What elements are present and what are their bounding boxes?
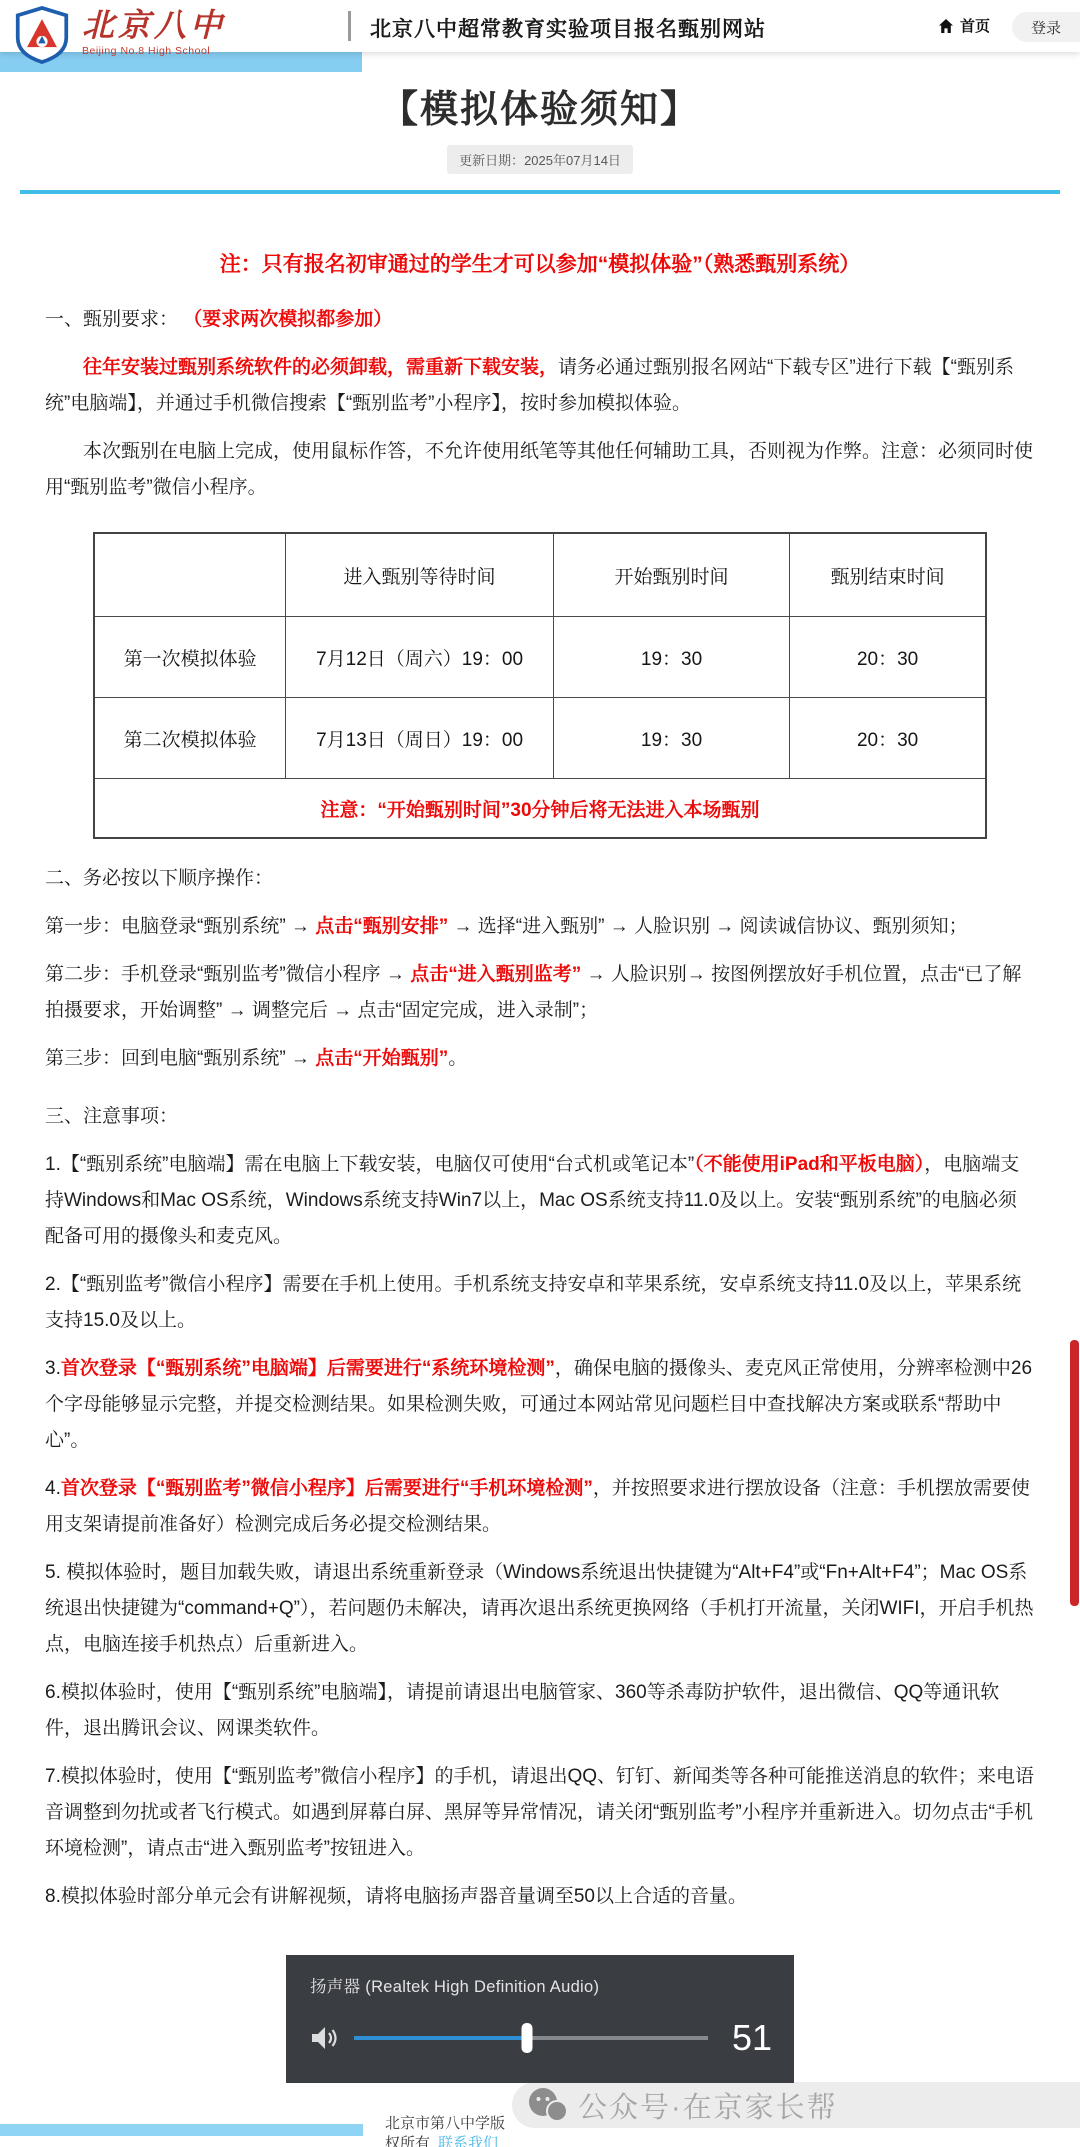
wechat-logo-icon: [526, 2085, 568, 2125]
blocks-bottom: 二、务必按以下顺序操作：第一步：电脑登录“甄别系统” → 点击“甄别安排” → …: [45, 861, 1035, 1915]
text-run: 3.: [45, 1358, 61, 1379]
section-2-heading: 二、务必按以下顺序操作：: [45, 861, 1035, 897]
update-date-wrap: 更新日期：2025年07月14日: [0, 145, 1080, 174]
table-header-cell: 甄别结束时间: [790, 533, 986, 617]
text-run: 首次登录【“甄别监考”微信小程序】后需要进行“手机环境检测”: [61, 1478, 593, 1499]
copyright-line-2: 权所有联系我们: [385, 2134, 505, 2147]
text-run: 点击“开始甄别”: [315, 1048, 448, 1069]
para-computer-only: 本次甄别在电脑上完成，使用鼠标作答，不允许使用纸笔等其他任何辅助工具，否则视为作…: [45, 434, 1035, 506]
article: 【模拟体验须知】 更新日期：2025年07月14日 注：只有报名初审通过的学生才…: [0, 78, 1080, 2083]
text-run: 5. 模拟体验时，题目加载失败，请退出系统重新登录（Windows系统退出快捷键…: [45, 1562, 1034, 1655]
header-divider: [348, 11, 351, 41]
note-4: 4.首次登录【“甄别监考”微信小程序】后需要进行“手机环境检测”，并按照要求进行…: [45, 1471, 1035, 1543]
volume-slider[interactable]: [354, 2036, 708, 2040]
text-run: 一、甄别要求：: [45, 309, 183, 330]
text-run: 8.模拟体验时部分单元会有讲解视频，请将电脑扬声器音量调至50以上合适的音量。: [45, 1886, 747, 1907]
note-1: 1.【“甄别系统”电脑端】需在电脑上下载安装，电脑仅可使用“台式机或笔记本”（不…: [45, 1147, 1035, 1255]
login-button[interactable]: 登录: [1012, 12, 1080, 42]
table-row: 第一次模拟体验7月12日（周六）19：0019：3020：30: [94, 617, 986, 698]
watermark-pill: 公众号·在京家长帮: [512, 2082, 1080, 2128]
copyright-line-1: 北京市第八中学版: [385, 2114, 505, 2134]
text-run: 首次登录【“甄别系统”电脑端】后需要进行“系统环境检测”: [61, 1358, 555, 1379]
table-header-cell: [94, 533, 286, 617]
para-reinstall: 往年安装过甄别系统软件的必须卸载，需重新下载安装，请务必通过甄别报名网站“下载专…: [45, 350, 1035, 422]
step-1: 第一步：电脑登录“甄别系统” → 点击“甄别安排” → 选择“进入甄别” → 人…: [45, 909, 1035, 945]
table-cell: 7月12日（周六）19：00: [286, 617, 554, 698]
note-5: 5. 模拟体验时，题目加载失败，请退出系统重新登录（Windows系统退出快捷键…: [45, 1555, 1035, 1663]
text-run: 7.模拟体验时，使用【“甄别监考”微信小程序】的手机，请退出QQ、钉钉、新闻类等…: [45, 1766, 1034, 1859]
top-header: 北京八中 Beijing No.8 High School 北京八中超常教育实验…: [0, 0, 1080, 52]
text-run: 1.【“甄别系统”电脑端】需在电脑上下载安装，电脑仅可使用“台式机或笔记本”: [45, 1154, 694, 1175]
text-run: 第二步：手机登录“甄别监考”微信小程序 →: [45, 964, 410, 985]
text-run: 2.【“甄别监考”微信小程序】需要在手机上使用。手机系统支持安卓和苹果系统，安卓…: [45, 1274, 1021, 1331]
copyright-line-2-text: 权所有: [385, 2135, 430, 2147]
section-3-heading: 三、注意事项：: [45, 1099, 1035, 1135]
text-run: 三、注意事项：: [45, 1106, 178, 1127]
text-run: 6.模拟体验时，使用【“甄别系统”电脑端】，请提前请退出电脑管家、360等杀毒防…: [45, 1682, 999, 1739]
note-8: 8.模拟体验时部分单元会有讲解视频，请将电脑扬声器音量调至50以上合适的音量。: [45, 1879, 1035, 1915]
note-7: 7.模拟体验时，使用【“甄别监考”微信小程序】的手机，请退出QQ、钉钉、新闻类等…: [45, 1759, 1035, 1867]
text-run: 点击“进入甄别监考”: [410, 964, 581, 985]
logo-texts: 北京八中 Beijing No.8 High School: [82, 6, 226, 57]
cyan-divider: [20, 190, 1060, 194]
text-run: （要求两次模拟都参加）: [183, 309, 392, 330]
blocks-top: 一、甄别要求： （要求两次模拟都参加）往年安装过甄别系统软件的必须卸载，需重新下…: [45, 302, 1035, 506]
section-1-heading: 一、甄别要求： （要求两次模拟都参加）: [45, 302, 1035, 338]
step-2: 第二步：手机登录“甄别监考”微信小程序 → 点击“进入甄别监考” → 人脸识别→…: [45, 957, 1035, 1029]
nav-home[interactable]: 首页: [938, 15, 990, 36]
table-row: 第二次模拟体验7月13日（周日）19：0019：3020：30: [94, 698, 986, 779]
logo-en-text: Beijing No.8 High School: [82, 45, 226, 57]
nav-home-label: 首页: [960, 15, 990, 36]
table-note: 注意：“开始甄别时间”30分钟后将无法进入本场甄别: [94, 779, 986, 839]
table-cell: 19：30: [553, 698, 789, 779]
table-header-cell: 开始甄别时间: [553, 533, 789, 617]
table-cell: 7月13日（周日）19：00: [286, 698, 554, 779]
contact-us-link[interactable]: 联系我们: [438, 2135, 498, 2147]
article-body: 一、甄别要求： （要求两次模拟都参加）往年安装过甄别系统软件的必须卸载，需重新下…: [45, 302, 1035, 2083]
page-title: 【模拟体验须知】: [0, 78, 1080, 133]
speaker-device-label: 扬声器 (Realtek High Definition Audio): [286, 1955, 794, 1997]
house-icon: [938, 18, 954, 34]
note-2: 2.【“甄别监考”微信小程序】需要在手机上使用。手机系统支持安卓和苹果系统，安卓…: [45, 1267, 1035, 1339]
table-cell: 第一次模拟体验: [94, 617, 286, 698]
red-notice: 注：只有报名初审通过的学生才可以参加“模拟体验”（熟悉甄别系统）: [45, 248, 1035, 278]
volume-slider-row: 51: [286, 1997, 794, 2059]
table-header-cell: 进入甄别等待时间: [286, 533, 554, 617]
text-run: → 选择“进入甄别” → 人脸识别 → 阅读诚信协议、甄别须知；: [448, 916, 967, 937]
volume-slider-fill: [354, 2036, 527, 2040]
volume-slider-thumb[interactable]: [522, 2023, 533, 2053]
text-run: 第三步：回到电脑“甄别系统” →: [45, 1048, 315, 1069]
logo-cn-text: 北京八中: [82, 6, 226, 44]
watermark-text: 公众号·在京家长帮: [578, 2085, 838, 2126]
table-cell: 19：30: [553, 617, 789, 698]
school-shield-icon: [14, 6, 70, 64]
speaker-icon: [308, 2022, 340, 2054]
text-run: 。: [448, 1048, 467, 1069]
table-cell: 20：30: [790, 617, 986, 698]
text-run: 4.: [45, 1478, 61, 1499]
bottom-blue-strip: [0, 2124, 363, 2136]
note-3: 3.首次登录【“甄别系统”电脑端】后需要进行“系统环境检测”，确保电脑的摄像头、…: [45, 1351, 1035, 1459]
footer-copyright: 北京市第八中学版 权所有联系我们: [385, 2114, 505, 2147]
table-note-row: 注意：“开始甄别时间”30分钟后将无法进入本场甄别: [94, 779, 986, 839]
site-title: 北京八中超常教育实验项目报名甄别网站: [370, 13, 766, 43]
text-run: 往年安装过甄别系统软件的必须卸载，需重新下载安装，: [83, 357, 558, 378]
text-run: （不能使用iPad和平板电脑）: [694, 1154, 924, 1175]
login-label: 登录: [1031, 17, 1061, 38]
text-run: 点击“甄别安排”: [315, 916, 448, 937]
page: 北京八中 Beijing No.8 High School 北京八中超常教育实验…: [0, 0, 1080, 2147]
note-6: 6.模拟体验时，使用【“甄别系统”电脑端】，请提前请退出电脑管家、360等杀毒防…: [45, 1675, 1035, 1747]
volume-value: 51: [724, 2017, 772, 2059]
update-date-badge: 更新日期：2025年07月14日: [447, 145, 633, 174]
table-cell: 20：30: [790, 698, 986, 779]
text-run: 第一步：电脑登录“甄别系统” →: [45, 916, 315, 937]
table-header-row: 进入甄别等待时间开始甄别时间甄别结束时间: [94, 533, 986, 617]
step-3: 第三步：回到电脑“甄别系统” → 点击“开始甄别”。: [45, 1041, 1035, 1077]
text-run: 本次甄别在电脑上完成，使用鼠标作答，不允许使用纸笔等其他任何辅助工具，否则视为作…: [45, 441, 1033, 498]
volume-panel: 扬声器 (Realtek High Definition Audio) 51: [286, 1955, 794, 2083]
school-logo[interactable]: 北京八中 Beijing No.8 High School: [14, 6, 226, 64]
table-cell: 第二次模拟体验: [94, 698, 286, 779]
text-run: 二、务必按以下顺序操作：: [45, 868, 273, 889]
schedule-table: 进入甄别等待时间开始甄别时间甄别结束时间第一次模拟体验7月12日（周六）19：0…: [93, 532, 987, 839]
